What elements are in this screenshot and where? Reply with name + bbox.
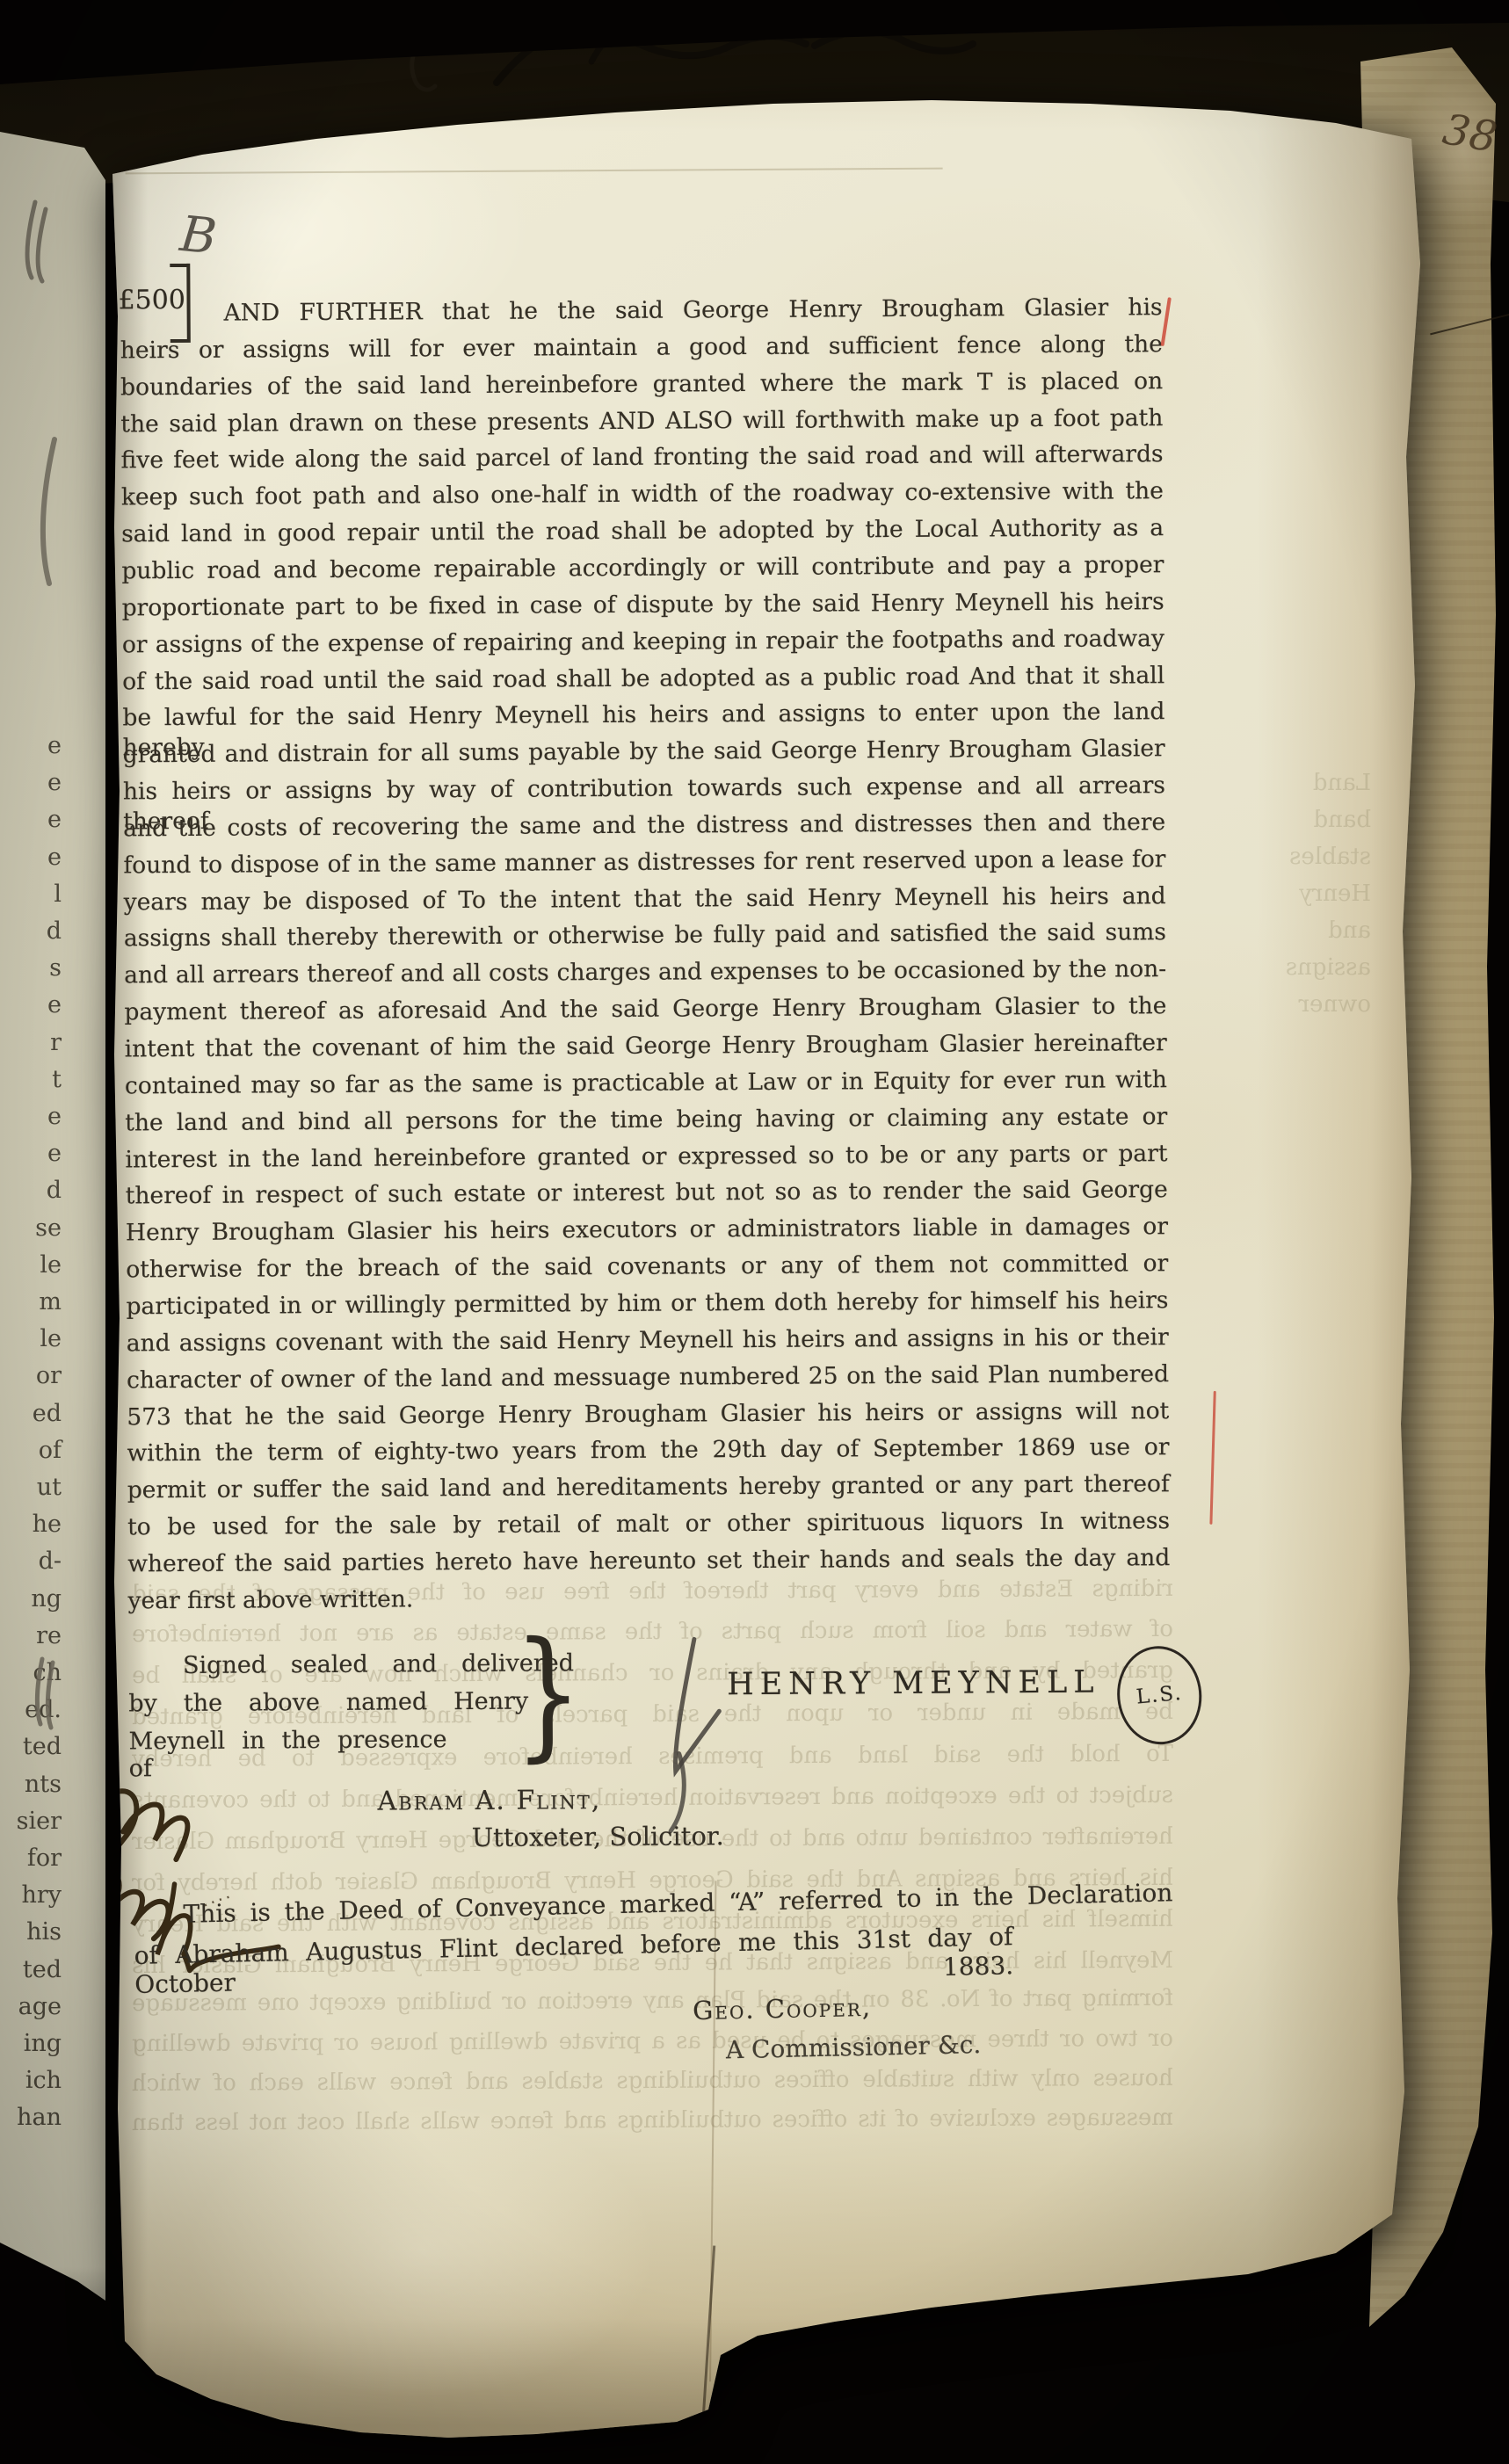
body-line: 573 that he the said George Henry Brough… [127, 1396, 1169, 1432]
body-line: proportionate part to be fixed in case o… [122, 587, 1164, 623]
body-line: intent that the covenant of him the said… [125, 1028, 1167, 1064]
body-line: otherwise for the breach of the said cov… [126, 1249, 1168, 1285]
body-line: the land and bind all persons for the ti… [125, 1102, 1167, 1138]
document-page: ridings Estate and every part thereof th… [0, 0, 1509, 2464]
body-line: and all arrears thereof and all costs ch… [124, 954, 1166, 990]
body-line: said land in good repair until the road … [121, 513, 1164, 549]
attestation-brace: } [513, 1616, 582, 1772]
body-line: public road and become repairable accord… [121, 550, 1164, 586]
body-line: contained may so far as the same is prac… [125, 1065, 1167, 1101]
body-line: thereof in respect of such estate or int… [126, 1176, 1168, 1212]
attestation-line: Meynell in the presence of [128, 1726, 446, 1782]
seal-ls: L.S. [1113, 1642, 1206, 1748]
printed-text: £500 B AND FURTHER that he the said Geor… [0, 0, 1509, 2464]
horizontal-crease [126, 168, 943, 175]
body-line: keep such foot path and also one-half in… [121, 476, 1164, 512]
bottom-crack [701, 2245, 715, 2425]
signatory-name: HENRY MEYNELL [727, 1665, 1100, 1703]
body-line: the said plan drawn on these presents AN… [120, 403, 1163, 439]
document-page-wrapper: ridings Estate and every part thereof th… [0, 0, 1509, 2464]
body-line: Henry Brougham Glasier his heirs executo… [126, 1212, 1168, 1248]
body-line: five feet wide along the said parcel of … [121, 440, 1164, 476]
attestation-line: by the above named Henry [128, 1688, 528, 1718]
body-line: to be used for the sale by retail of mal… [127, 1506, 1170, 1542]
scanned-deed-photo: 38 eeeeldserteedselemleoredofuthed-ngrec… [0, 0, 1509, 2464]
body-line: found to dispose of in the same manner a… [123, 844, 1165, 881]
body-line: character of owner of the land and messu… [127, 1359, 1169, 1395]
body-line: or assigns of the expense of repairing a… [122, 624, 1164, 660]
witness-name: Abram A. Flint, [353, 1785, 626, 1817]
commissioner-title: A Commissioner &c. [717, 2030, 990, 2065]
witness-address: Uttoxeter, Solicitor. [431, 1821, 765, 1852]
body-line: and assigns covenant with the said Henry… [127, 1323, 1169, 1359]
body-line: whereof the said parties hereto have her… [127, 1543, 1170, 1579]
body-line: within the term of eighty-two years from… [127, 1432, 1169, 1468]
seal-label: L.S. [1135, 1682, 1184, 1709]
body-line: heirs or assigns will for ever maintain … [120, 330, 1163, 366]
commissioner-name: Geo. Cooper, [672, 1991, 893, 2026]
pen-flourish [649, 1630, 737, 1842]
body-line: permit or suffer the said land and hered… [127, 1469, 1170, 1505]
body-line: AND FURTHER that he the said George Henr… [120, 293, 1163, 329]
body-line: interest in the land hereinbefore grante… [125, 1139, 1167, 1175]
body-line: and the costs of recovering the same and… [123, 808, 1165, 844]
body-line: granted and distrain for all sums payabl… [123, 734, 1165, 770]
red-margin-line [1209, 1391, 1215, 1525]
body-line: payment thereof as aforesaid And the sai… [124, 991, 1166, 1027]
body-line: boundaries of the said land hereinbefore… [120, 366, 1163, 402]
body-line: year first above written. [127, 1580, 1170, 1616]
pencil-letter-b: B [178, 206, 219, 266]
body-line: of the said road until the said road sha… [122, 661, 1164, 697]
body-line: assigns shall thereby therewith or other… [124, 918, 1166, 954]
body-line: participated in or willingly permitted b… [126, 1286, 1168, 1322]
body-line: years may be disposed of To the intent t… [124, 881, 1166, 917]
